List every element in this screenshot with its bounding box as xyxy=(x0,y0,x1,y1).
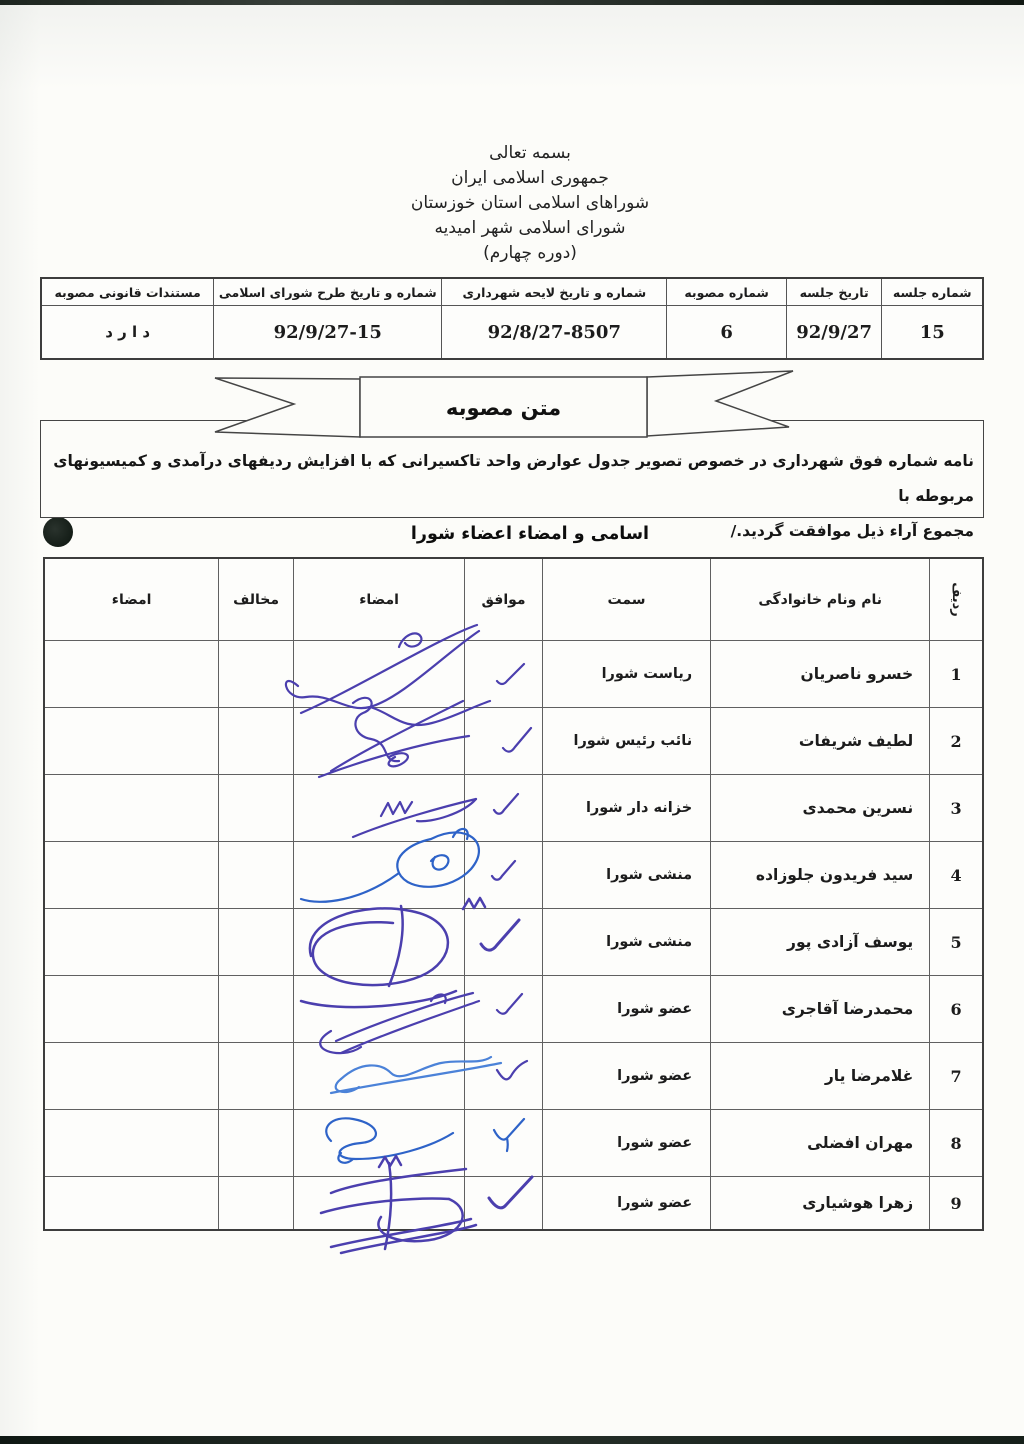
signature-cell xyxy=(294,641,465,707)
oppose-cell xyxy=(219,641,294,707)
signature-left-cell xyxy=(45,976,219,1042)
ribbon-right-tail xyxy=(647,371,793,436)
agree-cell xyxy=(465,1110,543,1176)
meta-header-legal-basis: مستندات قانونی مصوبه xyxy=(42,279,213,306)
meta-value-resolution-no: 6 xyxy=(667,306,786,358)
scanned-council-resolution-page: بسمه تعالی جمهوری اسلامی ایران شوراهای ا… xyxy=(0,0,1024,1444)
row-number-cell: 9 xyxy=(930,1177,982,1229)
agree-cell xyxy=(465,708,543,774)
position-cell: عضو شورا xyxy=(543,1043,711,1109)
member-name-cell: نسرین محمدی xyxy=(711,775,930,841)
member-name-cell: لطیف شریفات xyxy=(711,708,930,774)
meta-col-council-plan: شماره و تاریخ طرح شورای اسلامی 92/9/27-1… xyxy=(213,279,441,358)
oppose-cell xyxy=(219,1177,294,1229)
resolution-text-line1: نامه شماره فوق شهرداری در خصوص تصویر جدو… xyxy=(52,444,974,514)
meta-header-council-plan: شماره و تاریخ طرح شورای اسلامی xyxy=(214,279,441,306)
signature-left-cell xyxy=(45,641,219,707)
meta-col-legal-basis: مستندات قانونی مصوبه د ا ر د xyxy=(42,279,213,358)
header-name: نام ونام خانوادگی xyxy=(711,559,930,640)
signature-cell xyxy=(294,1110,465,1176)
meta-header-session-date: تاریخ جلسه xyxy=(787,279,882,306)
row-number-cell: 4 xyxy=(930,842,982,908)
signature-left-cell xyxy=(45,708,219,774)
position-cell: منشی شورا xyxy=(543,909,711,975)
meta-value-legal-basis: د ا ر د xyxy=(42,306,213,358)
member-name-cell: سید فریدون جلوزاده xyxy=(711,842,930,908)
signature-cell xyxy=(294,976,465,1042)
meta-header-municipality-bill: شماره و تاریخ لایحه شهرداری xyxy=(442,279,666,306)
agree-cell xyxy=(465,909,543,975)
resolution-banner-title: متن مصوبه xyxy=(360,383,647,433)
position-cell: منشی شورا xyxy=(543,842,711,908)
meta-header-session-no: شماره جلسه xyxy=(882,279,982,306)
signature-cell xyxy=(294,1043,465,1109)
header-city-council: شورای اسلامی شهر امیدیه xyxy=(36,216,1024,241)
header-oppose: مخالف xyxy=(219,559,294,640)
document-header: بسمه تعالی جمهوری اسلامی ایران شوراهای ا… xyxy=(36,141,1024,266)
meta-value-municipality-bill: 92/8/27-8507 xyxy=(442,306,666,358)
agree-cell xyxy=(465,842,543,908)
agree-cell xyxy=(465,1043,543,1109)
meta-value-session-no: 15 xyxy=(882,306,982,358)
signature-cell xyxy=(294,775,465,841)
members-table: ردیف نام ونام خانوادگی سمت موافق امضاء م… xyxy=(43,557,984,1231)
member-row-6: 6 محمدرضا آقاجری عضو شورا xyxy=(45,975,982,1042)
position-cell: عضو شورا xyxy=(543,1177,711,1229)
member-row-5: 5 یوسف آزادی پور منشی شورا xyxy=(45,908,982,975)
header-basmala: بسمه تعالی xyxy=(36,141,1024,166)
oppose-cell xyxy=(219,842,294,908)
signature-left-cell xyxy=(45,842,219,908)
row-number-cell: 7 xyxy=(930,1043,982,1109)
oppose-cell xyxy=(219,708,294,774)
row-number-cell: 8 xyxy=(930,1110,982,1176)
member-name-cell: مهران افضلی xyxy=(711,1110,930,1176)
signature-cell xyxy=(294,842,465,908)
position-cell: ریاست شورا xyxy=(543,641,711,707)
row-number-cell: 3 xyxy=(930,775,982,841)
meta-table: شماره جلسه 15 تاریخ جلسه 92/9/27 شماره م… xyxy=(40,277,984,360)
meta-header-resolution-no: شماره مصوبه xyxy=(667,279,786,306)
oppose-cell xyxy=(219,976,294,1042)
header-signature: امضاء xyxy=(294,559,465,640)
position-cell: خزانه دار شورا xyxy=(543,775,711,841)
oppose-cell xyxy=(219,1110,294,1176)
members-table-header: ردیف نام ونام خانوادگی سمت موافق امضاء م… xyxy=(45,559,982,640)
oppose-cell xyxy=(219,909,294,975)
header-republic: جمهوری اسلامی ایران xyxy=(36,166,1024,191)
member-row-7: 7 غلامرضا یار عضو شورا xyxy=(45,1042,982,1109)
header-agree: موافق xyxy=(465,559,543,640)
meta-col-session-date: تاریخ جلسه 92/9/27 xyxy=(786,279,882,358)
meta-col-resolution-no: شماره مصوبه 6 xyxy=(666,279,786,358)
scan-edge-top xyxy=(0,0,1024,5)
agree-cell xyxy=(465,641,543,707)
signature-left-cell xyxy=(45,1043,219,1109)
header-row-no: ردیف xyxy=(930,559,982,640)
members-section-title: اسامی و امضاء اعضاء شورا xyxy=(36,524,1024,544)
signature-left-cell xyxy=(45,1177,219,1229)
row-number-cell: 2 xyxy=(930,708,982,774)
position-cell: نائب رئیس شورا xyxy=(543,708,711,774)
header-position: سمت xyxy=(543,559,711,640)
agree-cell xyxy=(465,1177,543,1229)
ribbon-left-tail xyxy=(215,378,360,437)
member-name-cell: غلامرضا یار xyxy=(711,1043,930,1109)
row-number-cell: 5 xyxy=(930,909,982,975)
member-row-9: 9 زهرا هوشیاری عضو شورا xyxy=(45,1176,982,1229)
meta-value-session-date: 92/9/27 xyxy=(787,306,882,358)
member-row-1: 1 خسرو ناصریان ریاست شورا xyxy=(45,640,982,707)
agree-cell xyxy=(465,775,543,841)
signature-cell xyxy=(294,909,465,975)
position-cell: عضو شورا xyxy=(543,976,711,1042)
agree-cell xyxy=(465,976,543,1042)
signature-left-cell xyxy=(45,1110,219,1176)
member-row-3: 3 نسرین محمدی خزانه دار شورا xyxy=(45,774,982,841)
oppose-cell xyxy=(219,1043,294,1109)
member-row-8: 8 مهران افضلی عضو شورا xyxy=(45,1109,982,1176)
signature-left-cell xyxy=(45,909,219,975)
header-signature-left: امضاء xyxy=(45,559,219,640)
signature-cell xyxy=(294,1177,465,1229)
row-number-cell: 6 xyxy=(930,976,982,1042)
position-cell: عضو شورا xyxy=(543,1110,711,1176)
member-row-4: 4 سید فریدون جلوزاده منشی شورا xyxy=(45,841,982,908)
signature-cell xyxy=(294,708,465,774)
member-row-2: 2 لطیف شریفات نائب رئیس شورا xyxy=(45,707,982,774)
meta-col-municipality-bill: شماره و تاریخ لایحه شهرداری 92/8/27-8507 xyxy=(441,279,666,358)
row-number-cell: 1 xyxy=(930,641,982,707)
oppose-cell xyxy=(219,775,294,841)
member-name-cell: یوسف آزادی پور xyxy=(711,909,930,975)
member-name-cell: خسرو ناصریان xyxy=(711,641,930,707)
meta-value-council-plan: 92/9/27-15 xyxy=(214,306,441,358)
signature-left-cell xyxy=(45,775,219,841)
header-province-councils: شوراهای اسلامی استان خوزستان xyxy=(36,191,1024,216)
meta-col-session-no: شماره جلسه 15 xyxy=(881,279,982,358)
member-name-cell: زهرا هوشیاری xyxy=(711,1177,930,1229)
scan-edge-bottom xyxy=(0,1436,1024,1444)
header-term: (دوره چهارم) xyxy=(36,241,1024,266)
member-name-cell: محمدرضا آقاجری xyxy=(711,976,930,1042)
